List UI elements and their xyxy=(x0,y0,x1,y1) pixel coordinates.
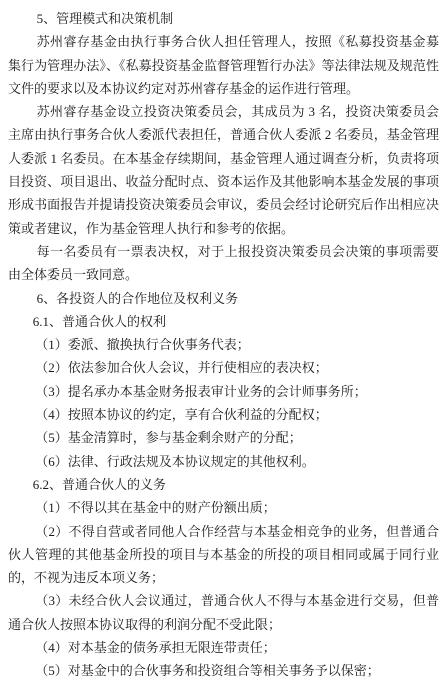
item-6-2-obligation-5: （5）对基金中的合伙事务和投资组合等相关事务予以保密； xyxy=(8,659,439,682)
heading-section-5: 5、管理模式和决策机制 xyxy=(8,7,439,30)
item-6-2-obligation-3: （3）未经合伙人会议通过，普通合伙人不得与本基金进行交易，但普通合伙人按照本协议… xyxy=(8,589,439,636)
document-page: 5、管理模式和决策机制 苏州睿存基金由执行事务合伙人担任管理人，按照《私募投资基… xyxy=(0,0,448,697)
heading-6-2-gp-obligations: 6.2、普通合伙人的义务 xyxy=(8,473,439,496)
para-fund-management: 苏州睿存基金由执行事务合伙人担任管理人，按照《私募投资基金募集行为管理办法》、《… xyxy=(8,30,439,100)
item-6-1-right-5: （5）基金清算时，参与基金剩余财产的分配； xyxy=(8,426,439,449)
para-investment-committee: 苏州睿存基金设立投资决策委员会，其成员为 3 名，投资决策委员会主席由执行事务合… xyxy=(8,100,439,240)
item-6-2-obligation-2: （2）不得自营或者同他人合作经营与本基金相竞争的业务，但普通合伙人管理的其他基金… xyxy=(8,520,439,590)
item-6-1-right-2: （2）依法参加合伙人会议，并行使相应的表决权； xyxy=(8,356,439,379)
item-6-1-right-6: （6）法律、行政法规及本协议规定的其他权利。 xyxy=(8,450,439,473)
item-6-2-obligation-1: （1）不得以其在基金中的财产份额出质； xyxy=(8,496,439,519)
para-voting-rule: 每一名委员有一票表决权，对于上报投资决策委员会决策的事项需要由全体委员一致同意。 xyxy=(8,240,439,287)
item-6-1-right-1: （1）委派、撤换执行合伙事务代表； xyxy=(8,333,439,356)
item-6-2-obligation-4: （4）对本基金的债务承担无限连带责任； xyxy=(8,636,439,659)
heading-section-6: 6、各投资人的合作地位及权利义务 xyxy=(8,287,439,310)
heading-6-1-gp-rights: 6.1、普通合伙人的权利 xyxy=(8,310,439,333)
item-6-1-right-3: （3）提名承办本基金财务报表审计业务的会计师事务所； xyxy=(8,380,439,403)
item-6-1-right-4: （4）按照本协议的约定，享有合伙利益的分配权； xyxy=(8,403,439,426)
